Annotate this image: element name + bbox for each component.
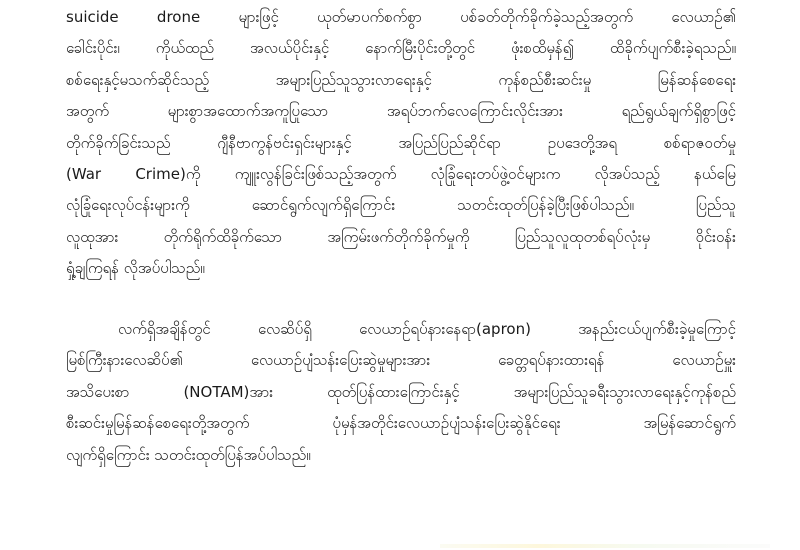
paragraph-drone-attack: suicide drone များဖြင့် ယုတ်မာပက်စက်စွာ … (66, 2, 736, 285)
text-line: လုံခြုံရေးလုပ်ငန်းများကို ဆောင်ရွက်လျက်ရ… (66, 190, 736, 221)
text-line: ခေါင်းပိုင်း၊ ကိုယ်ထည် အလယ်ပိုင်းနှင့် န… (66, 33, 736, 64)
text-line: လက်ရှိအချိန်တွင် လေဆိပ်ရှိ လေယာဉ်ရပ်နားန… (66, 314, 736, 345)
text-line: suicide drone များဖြင့် ယုတ်မာပက်စက်စွာ … (66, 2, 736, 33)
text-line: တိုက်ခိုက်ခြင်းသည် ဂျီနီဗာကွန်ဗင်းရှင်းမ… (66, 128, 736, 159)
text-line: အသိပေးစာ (NOTAM)အား ထုတ်ပြန်ထားကြောင်းနှ… (66, 377, 736, 408)
text-line: မြစ်ကြီးနားလေဆိပ်၏ လေယာဉ်ပျံသန်းပြေးဆွဲမ… (66, 345, 736, 376)
document-page: suicide drone များဖြင့် ယုတ်မာပက်စက်စွာ … (0, 0, 800, 550)
paragraph-airport-status: လက်ရှိအချိန်တွင် လေဆိပ်ရှိ လေယာဉ်ရပ်နားန… (66, 314, 736, 471)
text-line: ရှုံ့ချကြရန် လိုအပ်ပါသည်။ (66, 253, 736, 284)
text-line: စစ်ရေးနှင့်မသက်ဆိုင်သည့် အများပြည်သူသွား… (66, 65, 736, 96)
text-line: (War Crime)ကို ကျူးလွန်ခြင်းဖြစ်သည့်အတွက… (66, 159, 736, 190)
text-line: လူထုအား တိုက်ရိုက်ထိခိုက်သော အကြမ်းဖက်တိ… (66, 222, 736, 253)
text-line: အတွက် များစွာအထောက်အကူပြုသော အရပ်ဘက်လေကြ… (66, 96, 736, 127)
text-line: စီးဆင်းမှုမြန်ဆန်စေရေးတို့အတွက် ပုံမှန်အ… (66, 408, 736, 439)
page-edge-artifact (440, 544, 770, 548)
text-line: လျက်ရှိကြောင်း သတင်းထုတ်ပြန်အပ်ပါသည်။ (66, 440, 736, 471)
